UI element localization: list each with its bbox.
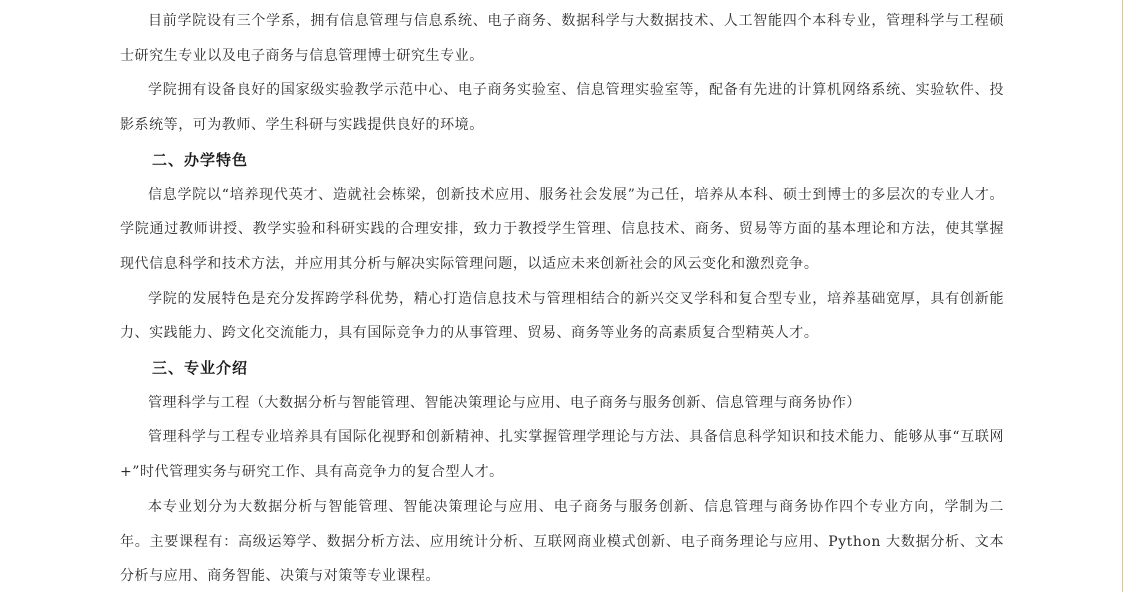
section-heading-features: 二、办学特色 [120, 143, 1004, 178]
paragraph-departments: 目前学院设有三个学系，拥有信息管理与信息系统、电子商务、数据科学与大数据技术、人… [120, 4, 1004, 73]
section-heading-programs: 三、专业介绍 [120, 351, 1004, 386]
page-edge-border [1122, 0, 1123, 592]
document-body: 目前学院设有三个学系，拥有信息管理与信息系统、电子商务、数据科学与大数据技术、人… [120, 4, 1004, 592]
paragraph-program-goal: 管理科学与工程专业培养具有国际化视野和创新精神、扎实掌握管理学理论与方法、具备信… [120, 420, 1004, 489]
paragraph-mission: 信息学院以“培养现代英才、造就社会栋梁，创新技术应用、服务社会发展”为己任，培养… [120, 178, 1004, 282]
paragraph-program-title: 管理科学与工程（大数据分析与智能管理、智能决策理论与应用、电子商务与服务创新、信… [120, 386, 1004, 421]
paragraph-facilities: 学院拥有设备良好的国家级实验教学示范中心、电子商务实验室、信息管理实验室等，配备… [120, 73, 1004, 142]
paragraph-characteristics: 学院的发展特色是充分发挥跨学科优势，精心打造信息技术与管理相结合的新兴交叉学科和… [120, 282, 1004, 351]
paragraph-program-courses: 本专业划分为大数据分析与智能管理、智能决策理论与应用、电子商务与服务创新、信息管… [120, 490, 1004, 592]
